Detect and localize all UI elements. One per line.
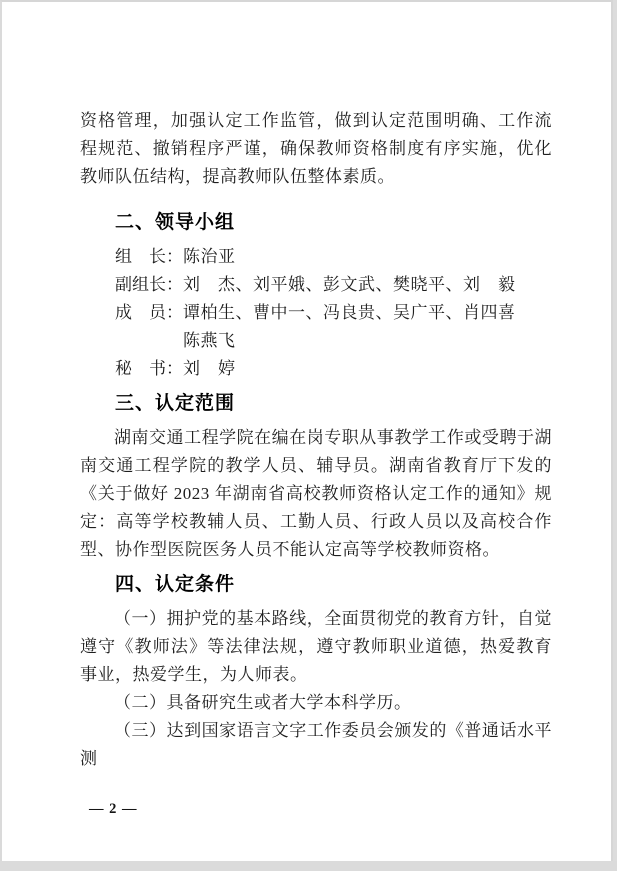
- leadership-row-deputy-leaders: 副组长： 刘 杰、刘平娥、彭文武、樊晓平、刘 毅: [115, 271, 552, 299]
- condition-item-3: （三）达到国家语言文字工作委员会颁发的《普通话水平测: [80, 717, 552, 773]
- condition-item-2: （二）具备研究生或者大学本科学历。: [80, 689, 552, 717]
- role-names: 刘 婷: [183, 355, 236, 383]
- leadership-row-members: 成 员： 谭柏生、曹中一、冯良贵、吴广平、肖四喜: [115, 299, 552, 327]
- document-page: 资格管理，加强认定工作监管，做到认定范围明确、工作流程规范、撤销程序严谨，确保教…: [0, 0, 613, 861]
- condition-item-1: （一）拥护党的基本路线，全面贯彻党的教育方针，自觉遵守《教师法》等法律法规，遵守…: [80, 605, 552, 689]
- intro-paragraph: 资格管理，加强认定工作监管，做到认定范围明确、工作流程规范、撤销程序严谨，确保教…: [80, 107, 552, 191]
- role-label: 成 员：: [115, 299, 183, 327]
- role-names: 刘 杰、刘平娥、彭文武、樊晓平、刘 毅: [183, 271, 516, 299]
- leadership-row-secretary: 秘 书： 刘 婷: [115, 355, 552, 383]
- section-heading-leadership-group: 二、领导小组: [80, 212, 552, 234]
- page-number: — 2 —: [89, 801, 138, 818]
- leadership-roles-list: 组 长： 陈治亚 副组长： 刘 杰、刘平娥、彭文武、樊晓平、刘 毅 成 员： 谭…: [80, 243, 552, 383]
- scope-paragraph: 湖南交通工程学院在编在岗专职从事教学工作或受聘于湖南交通工程学院的教学人员、辅导…: [80, 424, 552, 564]
- section-heading-recognition-conditions: 四、认定条件: [80, 574, 552, 596]
- role-label: 副组长：: [115, 271, 183, 299]
- page-content: 资格管理，加强认定工作监管，做到认定范围明确、工作流程规范、撤销程序严谨，确保教…: [80, 107, 552, 773]
- leadership-row-members-continued: 陈燕飞: [115, 327, 552, 355]
- page-bottom-shadow: [0, 861, 617, 871]
- role-label: [115, 327, 183, 355]
- role-label: 组 长：: [115, 243, 183, 271]
- role-names: 陈治亚: [183, 243, 236, 271]
- role-label: 秘 书：: [115, 355, 183, 383]
- document-viewer-canvas: 资格管理，加强认定工作监管，做到认定范围明确、工作流程规范、撤销程序严谨，确保教…: [0, 0, 617, 871]
- role-names: 陈燕飞: [183, 327, 236, 355]
- section-heading-recognition-scope: 三、认定范围: [80, 393, 552, 415]
- leadership-row-leader: 组 长： 陈治亚: [115, 243, 552, 271]
- role-names: 谭柏生、曹中一、冯良贵、吴广平、肖四喜: [183, 299, 516, 327]
